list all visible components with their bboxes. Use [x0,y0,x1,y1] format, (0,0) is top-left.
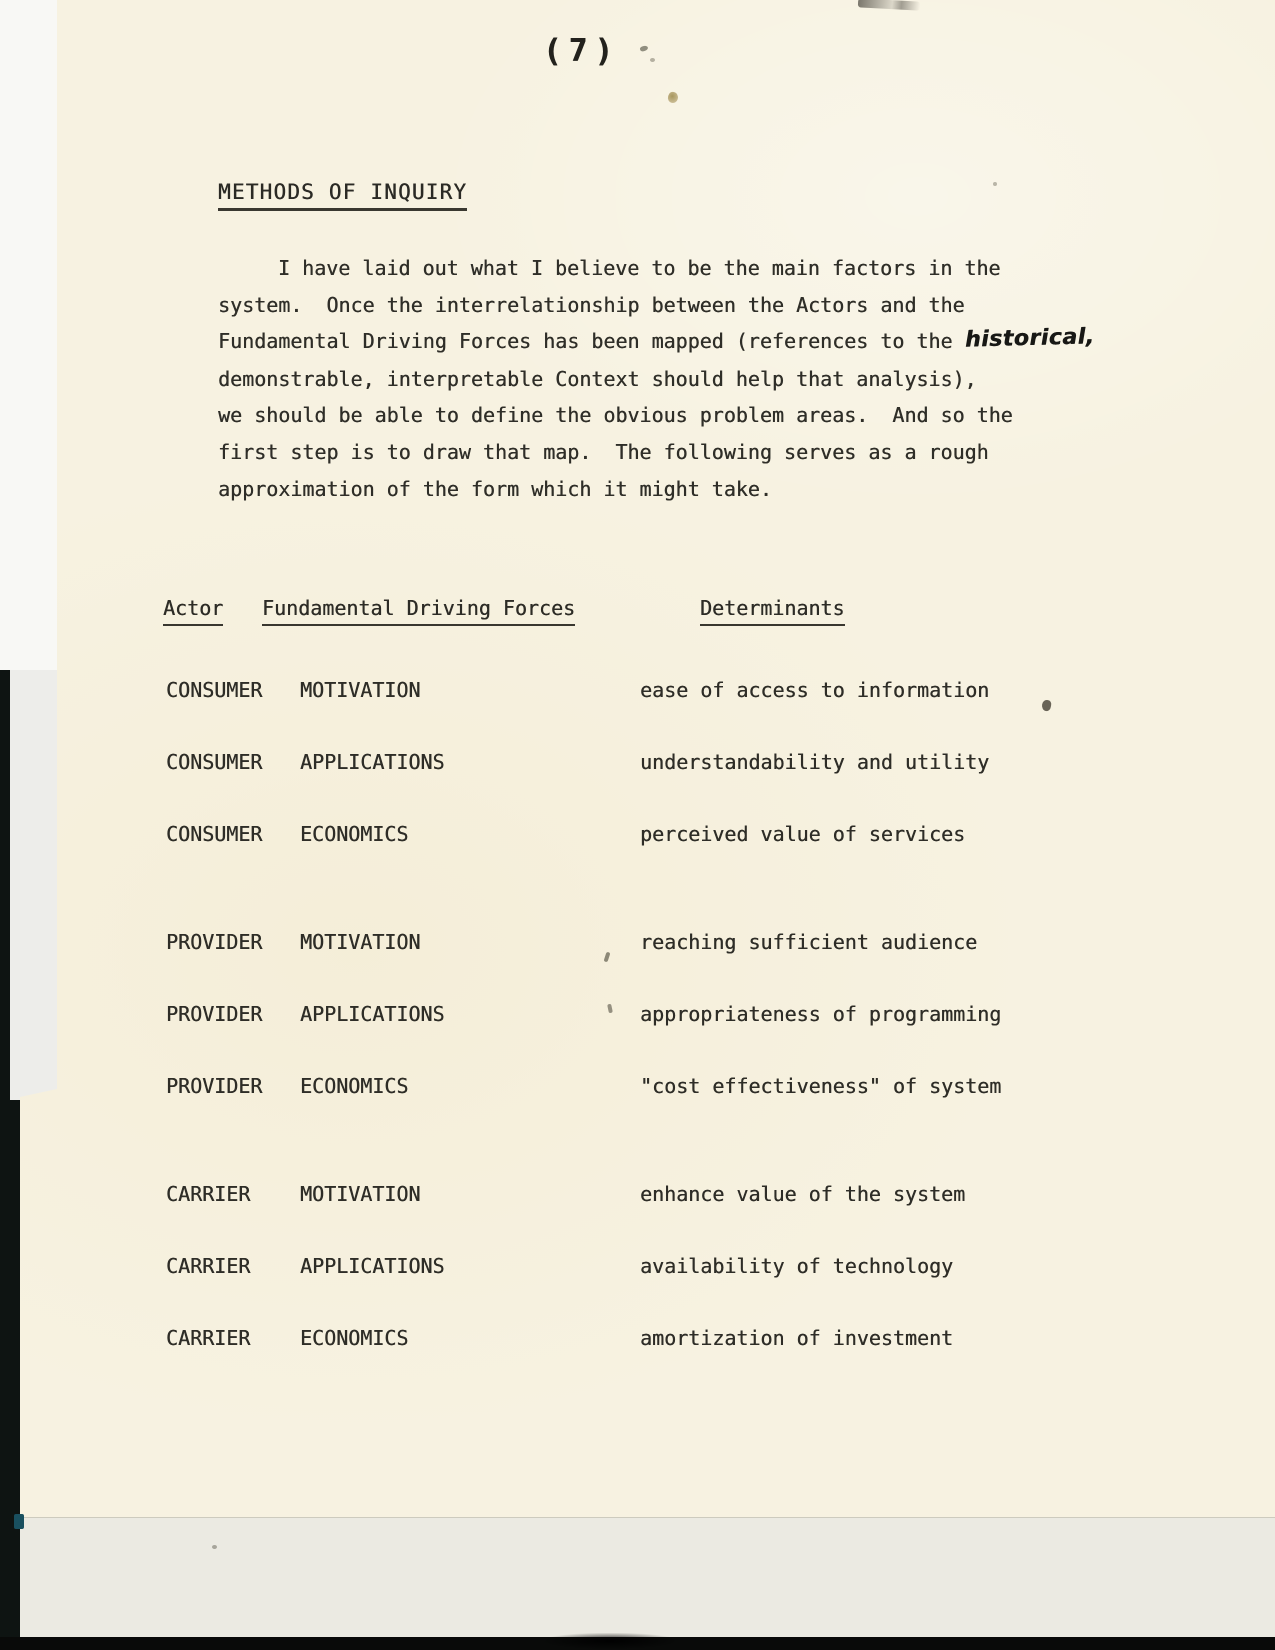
column-header-determinants: Determinants [700,596,845,626]
paper-sheet: (7) METHODS OF INQUIRY I have laid out w… [0,0,1275,1637]
table-body: CONSUMER MOTIVATION ease of access to in… [0,670,1275,1390]
table-row: PROVIDER ECONOMICS "cost effectiveness" … [0,1066,1275,1138]
paragraph-line: Fundamental Driving Forces has been mapp… [218,323,1138,361]
scanner-edge-sheet-upper [0,0,58,670]
table-row: CONSUMER ECONOMICS perceived value of se… [0,814,1275,886]
paragraph-line: I have laid out what I believe to be the… [218,250,1138,287]
cell-determinant: availability of technology [640,1254,953,1278]
smudge-mark [858,0,920,11]
column-header-driving-forces: Fundamental Driving Forces [262,596,575,626]
cell-determinant: perceived value of services [640,822,965,846]
scanner-edge-sheet-lower [10,670,58,1100]
cell-determinant: appropriateness of programming [640,1002,1001,1026]
paper-stain-speck [667,91,680,104]
ink-speck [650,58,655,62]
table-row: PROVIDER MOTIVATION reaching sufficient … [0,922,1275,994]
cell-actor: PROVIDER [166,1002,262,1026]
paragraph-line: first step is to draw that map. The foll… [218,434,1138,471]
page-number: (7) [543,33,620,69]
cell-actor: CONSUMER [166,678,262,702]
cell-determinant: reaching sufficient audience [640,930,977,954]
table-group-provider: PROVIDER MOTIVATION reaching sufficient … [0,922,1275,1138]
scanned-document-page: (7) METHODS OF INQUIRY I have laid out w… [0,0,1275,1650]
ink-speck [993,182,997,186]
cell-determinant: ease of access to information [640,678,989,702]
paragraph-line: demonstrable, interpretable Context shou… [218,361,1138,398]
cell-actor: PROVIDER [166,930,262,954]
cell-actor: CARRIER [166,1326,250,1350]
table-group-carrier: CARRIER MOTIVATION enhance value of the … [0,1174,1275,1390]
cell-driving-force: MOTIVATION [300,930,420,954]
cell-determinant: enhance value of the system [640,1182,965,1206]
body-paragraph: I have laid out what I believe to be the… [218,250,1138,507]
blue-ink-mark [14,1514,24,1529]
column-header-actor: Actor [163,596,223,626]
cell-actor: CARRIER [166,1182,250,1206]
cell-driving-force: MOTIVATION [300,1182,420,1206]
ink-speck [639,45,648,52]
table-row: CONSUMER APPLICATIONS understandability … [0,742,1275,814]
paper-fold-shadow [0,1517,1275,1638]
cell-determinant: "cost effectiveness" of system [640,1074,1001,1098]
table-row: CARRIER APPLICATIONS availability of tec… [0,1246,1275,1318]
table-row: CARRIER MOTIVATION enhance value of the … [0,1174,1275,1246]
table-row: PROVIDER APPLICATIONS appropriateness of… [0,994,1275,1066]
paragraph-line-typed-part: Fundamental Driving Forces has been mapp… [218,329,965,353]
smudge-mark [545,1633,675,1649]
cell-actor: CONSUMER [166,750,262,774]
cell-determinant: amortization of investment [640,1326,953,1350]
cell-driving-force: APPLICATIONS [300,750,445,774]
cell-driving-force: MOTIVATION [300,678,420,702]
table-row: CARRIER ECONOMICS amortization of invest… [0,1318,1275,1390]
handwritten-annotation: historical, [964,319,1095,359]
cell-determinant: understandability and utility [640,750,989,774]
paragraph-line: system. Once the interrelationship betwe… [218,287,1138,324]
cell-actor: CARRIER [166,1254,250,1278]
ink-speck [212,1545,217,1549]
table-group-consumer: CONSUMER MOTIVATION ease of access to in… [0,670,1275,886]
cell-driving-force: ECONOMICS [300,1326,408,1350]
cell-driving-force: APPLICATIONS [300,1002,445,1026]
paragraph-line: we should be able to define the obvious … [218,397,1138,434]
cell-actor: PROVIDER [166,1074,262,1098]
cell-driving-force: ECONOMICS [300,1074,408,1098]
paragraph-line: approximation of the form which it might… [218,471,1138,508]
table-row: CONSUMER MOTIVATION ease of access to in… [0,670,1275,742]
cell-actor: CONSUMER [166,822,262,846]
cell-driving-force: ECONOMICS [300,822,408,846]
section-heading: METHODS OF INQUIRY [218,180,467,211]
cell-driving-force: APPLICATIONS [300,1254,445,1278]
